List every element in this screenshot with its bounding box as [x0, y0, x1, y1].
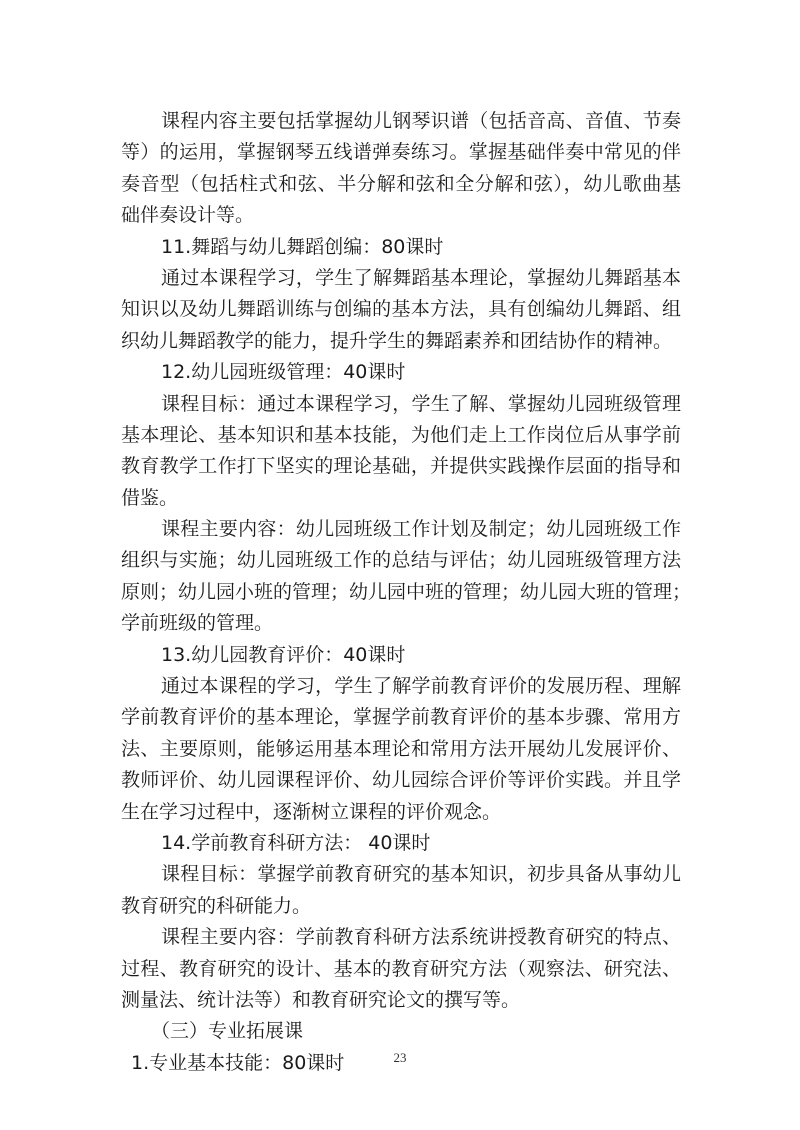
paragraph-class-management-content: 课程主要内容：幼儿园班级工作计划及制定；幼儿园班级工作 组织与实施；幼儿园班级工…: [121, 514, 681, 640]
text-line: 课程目标：掌握学前教育研究的基本知识，初步具备从事幼儿: [121, 859, 681, 890]
text-line: 借鉴。: [121, 483, 681, 514]
text-line: 过程、教育研究的设计、基本的教育研究方法（观察法、研究法、: [121, 954, 681, 985]
text-line: 生在学习过程中，逐渐树立课程的评价观念。: [121, 797, 681, 828]
text-line: 等）的运用，掌握钢琴五线谱弹奏练习。掌握基础伴奏中常见的伴: [121, 137, 681, 168]
course-heading-13: 13.幼儿园教育评价：40课时: [121, 640, 681, 671]
paragraph-dance-description: 通过本课程学习，学生了解舞蹈基本理论，掌握幼儿舞蹈基本 知识以及幼儿舞蹈训练与创…: [121, 263, 681, 357]
text-line: 奏音型（包括柱式和弦、半分解和弦和全分解和弦），幼儿歌曲基: [121, 169, 681, 200]
text-line: 课程主要内容：幼儿园班级工作计划及制定；幼儿园班级工作: [121, 514, 681, 545]
paragraph-class-management-goal: 课程目标：通过本课程学习，学生了解、掌握幼儿园班级管理 基本理论、基本知识和基本…: [121, 389, 681, 515]
paragraph-research-content: 课程主要内容：学前教育科研方法系统讲授教育研究的特点、 过程、教育研究的设计、基…: [121, 922, 681, 1016]
document-page: 课程内容主要包括掌握幼儿钢琴识谱（包括音高、音值、节奏 等）的运用，掌握钢琴五线…: [121, 106, 681, 1079]
text-line: 法、主要原则，能够运用基本理论和常用方法开展幼儿发展评价、: [121, 734, 681, 765]
course-heading-14: 14.学前教育科研方法： 40课时: [121, 828, 681, 859]
section-heading-extension-courses: （三）专业拓展课: [121, 1016, 681, 1047]
text-line: 通过本课程学习，学生了解舞蹈基本理论，掌握幼儿舞蹈基本: [121, 263, 681, 294]
text-line: 课程内容主要包括掌握幼儿钢琴识谱（包括音高、音值、节奏: [121, 106, 681, 137]
text-line: 课程主要内容：学前教育科研方法系统讲授教育研究的特点、: [121, 922, 681, 953]
text-line: 知识以及幼儿舞蹈训练与创编的基本方法，具有创编幼儿舞蹈、组: [121, 294, 681, 325]
text-line: 织幼儿舞蹈教学的能力，提升学生的舞蹈素养和团结协作的精神。: [121, 326, 681, 357]
course-heading-12: 12.幼儿园班级管理：40课时: [121, 357, 681, 388]
paragraph-research-goal: 课程目标：掌握学前教育研究的基本知识，初步具备从事幼儿 教育研究的科研能力。: [121, 859, 681, 922]
paragraph-piano-content: 课程内容主要包括掌握幼儿钢琴识谱（包括音高、音值、节奏 等）的运用，掌握钢琴五线…: [121, 106, 681, 232]
course-heading-11: 11.舞蹈与幼儿舞蹈创编：80课时: [121, 232, 681, 263]
text-line: 测量法、统计法等）和教育研究论文的撰写等。: [121, 985, 681, 1016]
text-line: 教育教学工作打下坚实的理论基础，并提供实践操作层面的指导和: [121, 451, 681, 482]
text-line: 础伴奏设计等。: [121, 200, 681, 231]
text-line: 教育研究的科研能力。: [121, 891, 681, 922]
text-line: 学前班级的管理。: [121, 608, 681, 639]
page-number: 23: [0, 1050, 800, 1066]
text-line: 原则；幼儿园小班的管理；幼儿园中班的管理；幼儿园大班的管理；: [121, 577, 681, 608]
text-line: 教师评价、幼儿园课程评价、幼儿园综合评价等评价实践。并且学: [121, 765, 681, 796]
text-line: 基本理论、基本知识和基本技能，为他们走上工作岗位后从事学前: [121, 420, 681, 451]
text-line: 课程目标：通过本课程学习，学生了解、掌握幼儿园班级管理: [121, 389, 681, 420]
paragraph-evaluation-description: 通过本课程的学习，学生了解学前教育评价的发展历程、理解 学前教育评价的基本理论，…: [121, 671, 681, 828]
text-line: 通过本课程的学习，学生了解学前教育评价的发展历程、理解: [121, 671, 681, 702]
text-line: 组织与实施；幼儿园班级工作的总结与评估；幼儿园班级管理方法: [121, 545, 681, 576]
text-line: 学前教育评价的基本理论，掌握学前教育评价的基本步骤、常用方: [121, 702, 681, 733]
